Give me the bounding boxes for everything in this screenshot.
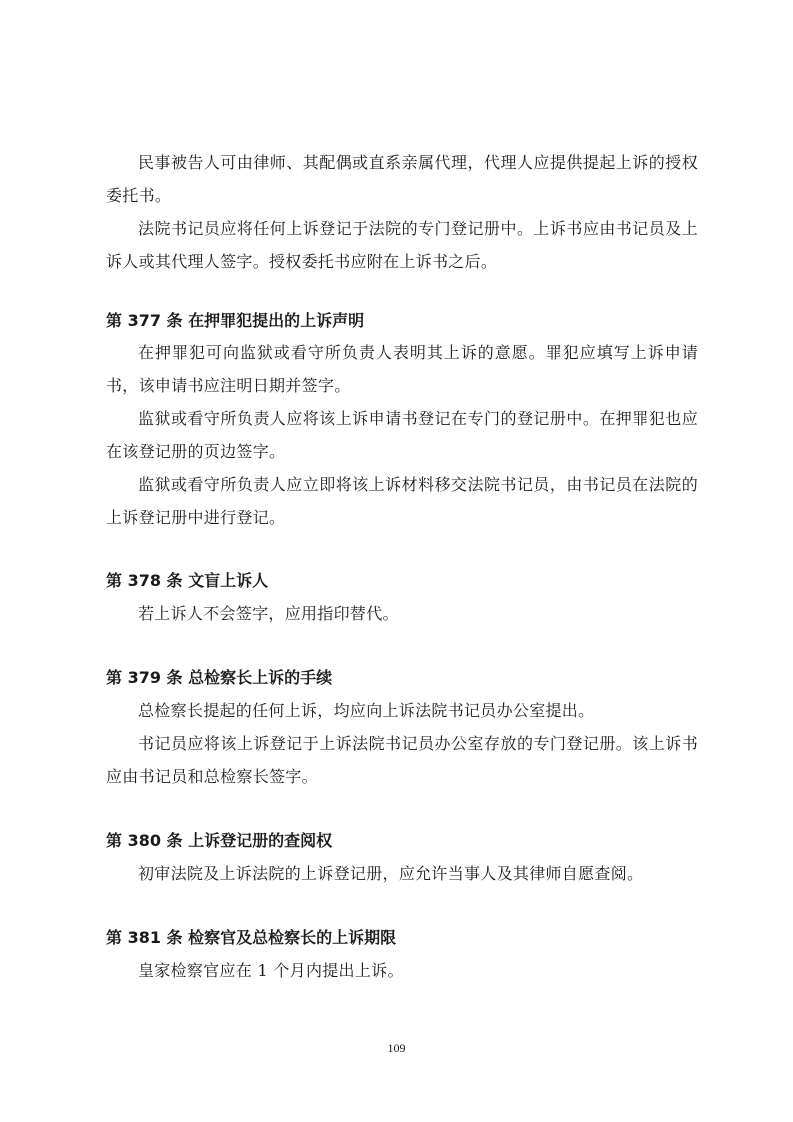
document-page: 民事被告人可由律师、其配偶或直系亲属代理，代理人应提供提起上诉的授权委托书。 法… <box>0 0 793 1122</box>
article-380-heading: 第 380 条 上诉登记册的查阅权 <box>106 830 332 852</box>
paragraph: 监狱或看守所负责人应将该上诉申请书登记在专门的登记册中。在押罪犯也应在该登记册的… <box>106 402 698 468</box>
intro-section: 民事被告人可由律师、其配偶或直系亲属代理，代理人应提供提起上诉的授权委托书。 法… <box>106 146 698 278</box>
paragraph: 初审法院及上诉法院的上诉登记册，应允许当事人及其律师自愿查阅。 <box>106 857 698 890</box>
paragraph: 监狱或看守所负责人应立即将该上诉材料移交法院书记员，由书记员在法院的上诉登记册中… <box>106 468 698 534</box>
paragraph: 民事被告人可由律师、其配偶或直系亲属代理，代理人应提供提起上诉的授权委托书。 <box>106 146 698 212</box>
paragraph: 皇家检察官应在 1 个月内提出上诉。 <box>106 954 698 987</box>
paragraph: 法院书记员应将任何上诉登记于法院的专门登记册中。上诉书应由书记员及上诉人或其代理… <box>106 212 698 278</box>
paragraph: 总检察长提起的任何上诉，均应向上诉法院书记员办公室提出。 <box>106 694 698 727</box>
paragraph: 在押罪犯可向监狱或看守所负责人表明其上诉的意愿。罪犯应填写上诉申请书，该申请书应… <box>106 336 698 402</box>
article-378-heading: 第 378 条 文盲上诉人 <box>106 570 268 592</box>
article-381-heading: 第 381 条 检察官及总检察长的上诉期限 <box>106 927 396 949</box>
article-377-body: 在押罪犯可向监狱或看守所负责人表明其上诉的意愿。罪犯应填写上诉申请书，该申请书应… <box>106 336 698 534</box>
article-381-body: 皇家检察官应在 1 个月内提出上诉。 <box>106 954 698 987</box>
article-378-body: 若上诉人不会签字，应用指印替代。 <box>106 597 698 630</box>
page-number: 109 <box>0 1041 793 1056</box>
article-379-heading: 第 379 条 总检察长上诉的手续 <box>106 667 332 689</box>
article-377-heading: 第 377 条 在押罪犯提出的上诉声明 <box>106 310 364 332</box>
article-379-body: 总检察长提起的任何上诉，均应向上诉法院书记员办公室提出。 书记员应将该上诉登记于… <box>106 694 698 793</box>
paragraph: 若上诉人不会签字，应用指印替代。 <box>106 597 698 630</box>
paragraph: 书记员应将该上诉登记于上诉法院书记员办公室存放的专门登记册。该上诉书应由书记员和… <box>106 727 698 793</box>
article-380-body: 初审法院及上诉法院的上诉登记册，应允许当事人及其律师自愿查阅。 <box>106 857 698 890</box>
